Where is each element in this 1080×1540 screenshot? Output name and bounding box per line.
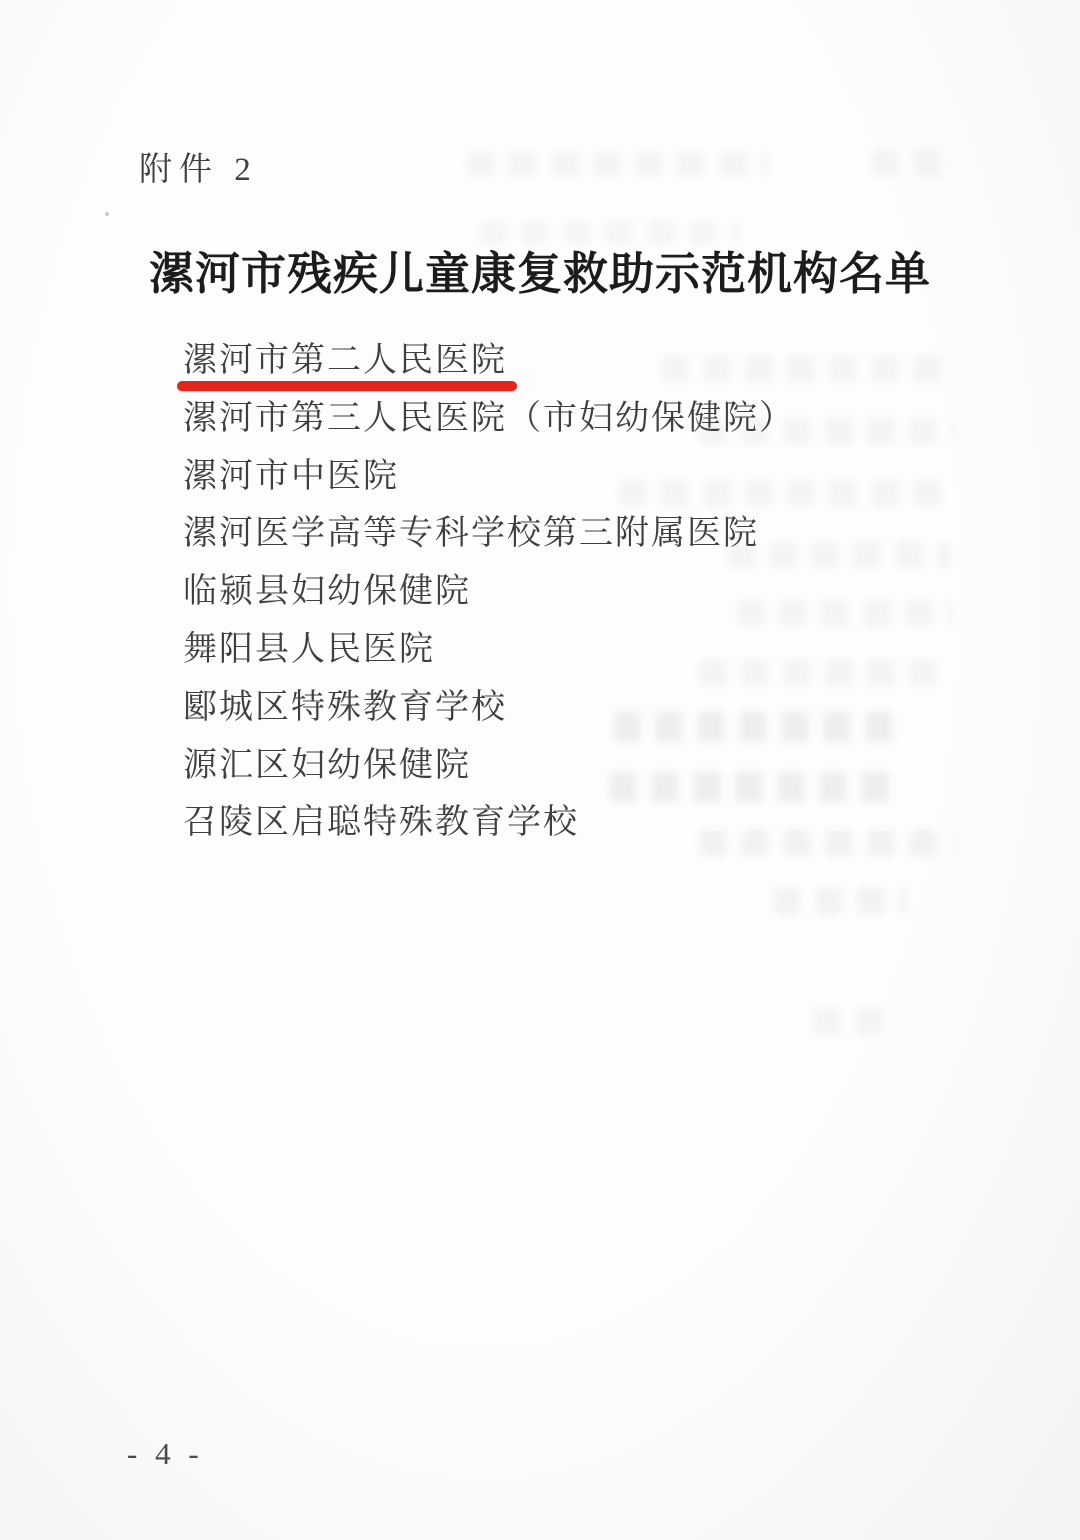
institution-name: 源汇区妇幼保健院 bbox=[183, 743, 471, 789]
scan-speck bbox=[105, 212, 109, 216]
list-item: 漯河医学高等专科学校第三附属医院 bbox=[183, 511, 795, 569]
institution-name: 漯河医学高等专科学校第三附属医院 bbox=[183, 511, 759, 557]
page-number: - 4 - bbox=[127, 1436, 204, 1472]
list-item: 漯河市第三人民医院（市妇幼保健院） bbox=[183, 396, 795, 454]
institution-name: 临颍县妇幼保健院 bbox=[183, 569, 471, 615]
list-item: 舞阳县人民医院 bbox=[183, 627, 795, 685]
list-item: 召陵区启聪特殊教育学校 bbox=[183, 800, 795, 858]
list-item: 源汇区妇幼保健院 bbox=[183, 743, 795, 801]
institution-name: 漯河市第三人民医院（市妇幼保健院） bbox=[183, 396, 795, 442]
institution-name: 郾城区特殊教育学校 bbox=[183, 685, 507, 731]
document-page: 附件 2 漯河市残疾儿童康复救助示范机构名单 漯河市第二人民医院 漯河市第三人民… bbox=[0, 0, 1080, 1540]
bleedthrough-ghost bbox=[872, 150, 942, 176]
institution-name: 漯河市第二人民医院 bbox=[183, 338, 507, 384]
institution-name: 召陵区启聪特殊教育学校 bbox=[183, 800, 579, 846]
list-item: 临颍县妇幼保健院 bbox=[183, 569, 795, 627]
page-title: 漯河市残疾儿童康复救助示范机构名单 bbox=[0, 237, 1080, 302]
bleedthrough-ghost bbox=[814, 1008, 886, 1034]
list-item-highlighted: 漯河市第二人民医院 bbox=[183, 338, 795, 396]
list-item: 郾城区特殊教育学校 bbox=[183, 685, 795, 743]
bleedthrough-ghost bbox=[774, 888, 906, 914]
attachment-label: 附件 2 bbox=[139, 143, 258, 190]
institution-name: 漯河市中医院 bbox=[183, 454, 399, 500]
bleedthrough-ghost bbox=[468, 152, 768, 176]
institution-list: 漯河市第二人民医院 漯河市第三人民医院（市妇幼保健院） 漯河市中医院 漯河医学高… bbox=[183, 338, 795, 858]
list-item: 漯河市中医院 bbox=[183, 454, 795, 512]
institution-name: 舞阳县人民医院 bbox=[183, 627, 435, 673]
